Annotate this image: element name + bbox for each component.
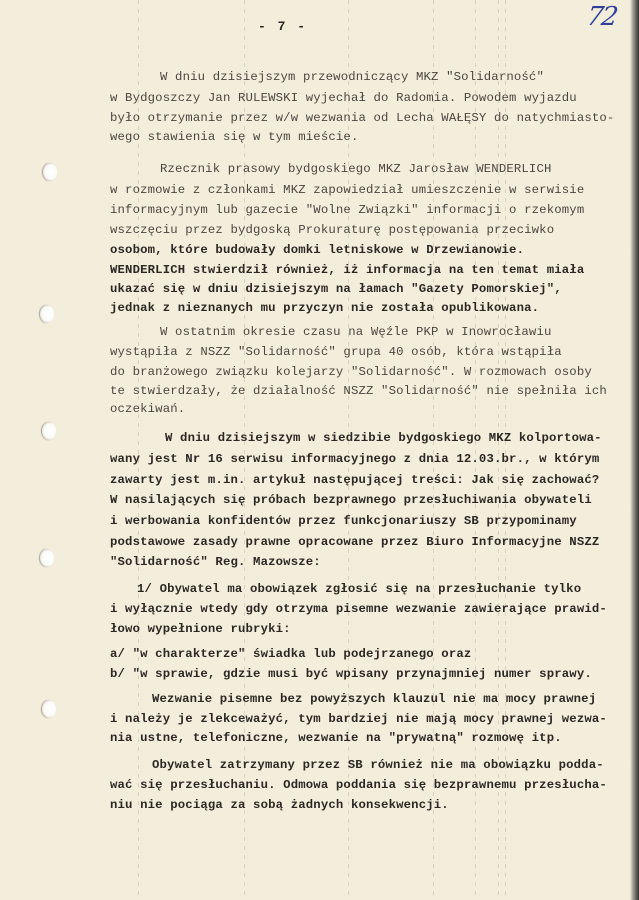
text-line: oczekiwań. <box>110 402 185 416</box>
text-line: wego stawienia się w tym mieście. <box>110 130 358 144</box>
text-line: nia ustne, telefoniczne, wezwanie na "pr… <box>110 731 562 745</box>
text-line: Obywatel zatrzymany przez SB również nie… <box>152 758 604 772</box>
text-line: zawarty jest m.in. artykuł następującej … <box>110 473 599 487</box>
text-line: "Solidarność" Reg. Mazowsze: <box>110 555 321 569</box>
text-line: w Bydgoszczy Jan RULEWSKI wyjechał do Ra… <box>110 91 577 105</box>
handwritten-archive-number: 72 <box>585 2 618 32</box>
text-line: do branżowego związku kolejarzy "Solidar… <box>110 365 592 379</box>
punch-hole <box>42 700 56 718</box>
text-line: Wezwanie pisemne bez powyższych klauzul … <box>152 692 596 706</box>
text-line: W nasilających się próbach bezprawnego p… <box>110 493 592 507</box>
text-line: niu nie pociąga za sobą żadnych konsekwe… <box>110 798 449 812</box>
text-line: jednak z nieznanych mu przyczyn nie zost… <box>110 301 539 315</box>
text-line: WENDERLICH stwierdził również, iż inform… <box>110 263 584 277</box>
list-item: i wyłącznie wtedy gdy otrzyma pisemne we… <box>110 602 607 616</box>
text-line: ukazać się w dniu dzisiejszym na łamach … <box>110 282 562 296</box>
text-line: osobom, które budowały domki letniskowe … <box>110 243 524 257</box>
list-item: łowo wypełnione rubryki: <box>110 622 291 636</box>
text-line: wać się przesłuchaniu. Odmowa poddania s… <box>110 778 607 792</box>
punch-hole <box>42 422 56 440</box>
text-line: było otrzymanie przez w/w wezwania od Le… <box>110 111 614 125</box>
text-line: wszczęciu przez bydgoską Prokuraturę pos… <box>110 223 554 237</box>
text-line: w rozmowie z członkami MKZ zapowiedział … <box>110 183 584 197</box>
page-number: - 7 - <box>258 19 307 34</box>
list-item: b/ "w sprawie, gdzie musi być wpisany pr… <box>110 667 592 681</box>
punch-hole <box>40 549 54 567</box>
text-line: i werbowania konfidentów przez funkcjona… <box>110 514 577 528</box>
text-line: podstawowe zasady prawne opracowane prze… <box>110 535 599 549</box>
list-item: a/ "w charakterze" świadka lub podejrzan… <box>110 647 471 661</box>
text-line: W dniu dzisiejszym w siedzibie bydgoskie… <box>165 431 602 445</box>
text-line: W dniu dzisiejszym przewodniczący MKZ "S… <box>160 70 544 84</box>
text-line: W ostatnim okresie czasu na Węźle PKP w … <box>160 325 552 339</box>
list-item: 1/ Obywatel ma obowiązek zgłosić się na … <box>137 582 581 596</box>
document-page: - 7 - 72 W dniu dzisiejszym przewodniczą… <box>0 0 639 900</box>
punch-hole <box>40 305 54 323</box>
text-line: wany jest Nr 16 serwisu informacyjnego z… <box>110 452 599 466</box>
text-line: wystąpiła z NSZZ "Solidarność" grupa 40 … <box>110 345 562 359</box>
text-line: Rzecznik prasowy bydgoskiego MKZ Jarosła… <box>160 162 552 176</box>
text-line: te stwierdzały, że działalność NSZZ "Sol… <box>110 384 607 398</box>
punch-hole <box>43 163 57 181</box>
text-line: i należy je zlekceważyć, tym bardziej ni… <box>110 712 607 726</box>
text-line: informacyjnym lub gazecie "Wolne Związki… <box>110 203 584 217</box>
